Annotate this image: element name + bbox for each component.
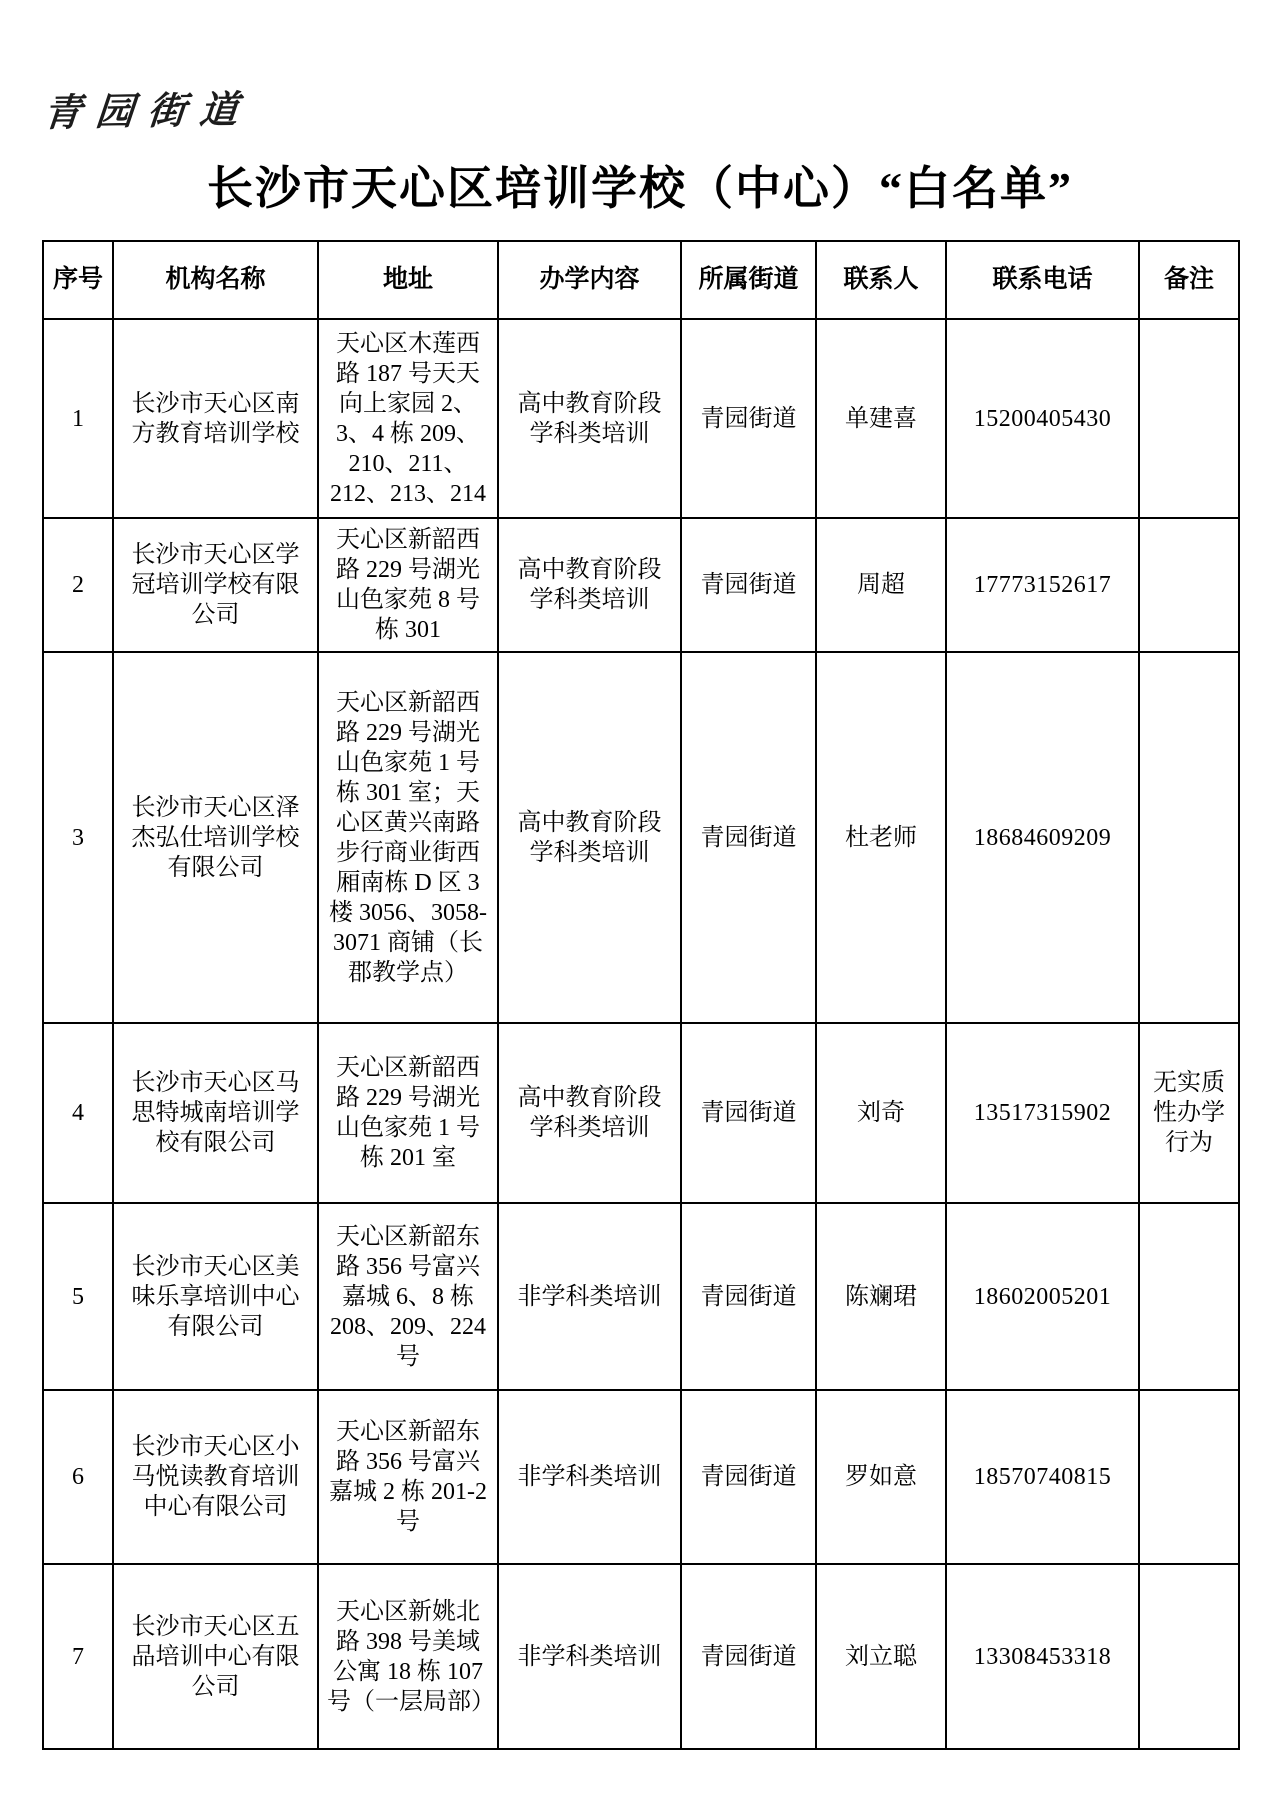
cell-street: 青园街道 xyxy=(681,1564,816,1749)
cell-phone: 18570740815 xyxy=(946,1390,1139,1564)
cell-name: 长沙市天心区马思特城南培训学校有限公司 xyxy=(113,1023,318,1203)
cell-remark: 无实质性办学行为 xyxy=(1139,1023,1239,1203)
cell-contact: 单建喜 xyxy=(816,319,946,518)
cell-name: 长沙市天心区泽杰弘仕培训学校有限公司 xyxy=(113,652,318,1023)
cell-remark xyxy=(1139,1390,1239,1564)
cell-phone: 13308453318 xyxy=(946,1564,1139,1749)
handwritten-street-stamp: 青园街道 xyxy=(41,78,254,137)
cell-contact: 刘奇 xyxy=(816,1023,946,1203)
cell-street: 青园街道 xyxy=(681,518,816,652)
table-row: 5 长沙市天心区美味乐享培训中心有限公司 天心区新韶东路 356 号富兴嘉城 6… xyxy=(43,1203,1239,1390)
cell-content: 高中教育阶段学科类培训 xyxy=(498,652,681,1023)
cell-address: 天心区木莲西路 187 号天天向上家园 2、3、4 栋 209、210、211、… xyxy=(318,319,498,518)
cell-name: 长沙市天心区五品培训中心有限公司 xyxy=(113,1564,318,1749)
page-title: 长沙市天心区培训学校（中心）“白名单” xyxy=(0,152,1280,218)
header-address: 地址 xyxy=(318,241,498,319)
cell-contact: 刘立聪 xyxy=(816,1564,946,1749)
cell-no: 4 xyxy=(43,1023,113,1203)
table-header-row: 序号 机构名称 地址 办学内容 所属街道 联系人 联系电话 备注 xyxy=(43,241,1239,319)
cell-phone: 18602005201 xyxy=(946,1203,1139,1390)
cell-contact: 杜老师 xyxy=(816,652,946,1023)
cell-phone: 17773152617 xyxy=(946,518,1139,652)
cell-address: 天心区新姚北路 398 号美域公寓 18 栋 107 号（一层局部） xyxy=(318,1564,498,1749)
cell-name: 长沙市天心区小马悦读教育培训中心有限公司 xyxy=(113,1390,318,1564)
cell-content: 非学科类培训 xyxy=(498,1203,681,1390)
table-row: 1 长沙市天心区南方教育培训学校 天心区木莲西路 187 号天天向上家园 2、3… xyxy=(43,319,1239,518)
table-row: 3 长沙市天心区泽杰弘仕培训学校有限公司 天心区新韶西路 229 号湖光山色家苑… xyxy=(43,652,1239,1023)
cell-phone: 18684609209 xyxy=(946,652,1139,1023)
cell-content: 高中教育阶段学科类培训 xyxy=(498,319,681,518)
table-row: 6 长沙市天心区小马悦读教育培训中心有限公司 天心区新韶东路 356 号富兴嘉城… xyxy=(43,1390,1239,1564)
cell-address: 天心区新韶西路 229 号湖光山色家苑 1 号栋 301 室；天心区黄兴南路步行… xyxy=(318,652,498,1023)
header-contact: 联系人 xyxy=(816,241,946,319)
cell-contact: 陈斓珺 xyxy=(816,1203,946,1390)
cell-name: 长沙市天心区美味乐享培训中心有限公司 xyxy=(113,1203,318,1390)
cell-street: 青园街道 xyxy=(681,652,816,1023)
cell-remark xyxy=(1139,652,1239,1023)
header-phone: 联系电话 xyxy=(946,241,1139,319)
header-remark: 备注 xyxy=(1139,241,1239,319)
cell-no: 3 xyxy=(43,652,113,1023)
cell-address: 天心区新韶西路 229 号湖光山色家苑 1 号栋 201 室 xyxy=(318,1023,498,1203)
whitelist-table: 序号 机构名称 地址 办学内容 所属街道 联系人 联系电话 备注 1 长沙市天心… xyxy=(42,240,1240,1750)
cell-no: 1 xyxy=(43,319,113,518)
cell-content: 非学科类培训 xyxy=(498,1564,681,1749)
cell-remark xyxy=(1139,518,1239,652)
cell-remark xyxy=(1139,1564,1239,1749)
cell-content: 高中教育阶段学科类培训 xyxy=(498,518,681,652)
cell-street: 青园街道 xyxy=(681,1203,816,1390)
cell-content: 非学科类培训 xyxy=(498,1390,681,1564)
cell-phone: 15200405430 xyxy=(946,319,1139,518)
cell-address: 天心区新韶东路 356 号富兴嘉城 2 栋 201-2 号 xyxy=(318,1390,498,1564)
cell-name: 长沙市天心区学冠培训学校有限公司 xyxy=(113,518,318,652)
header-content: 办学内容 xyxy=(498,241,681,319)
cell-name: 长沙市天心区南方教育培训学校 xyxy=(113,319,318,518)
cell-no: 2 xyxy=(43,518,113,652)
cell-contact: 周超 xyxy=(816,518,946,652)
header-street: 所属街道 xyxy=(681,241,816,319)
table-row: 4 长沙市天心区马思特城南培训学校有限公司 天心区新韶西路 229 号湖光山色家… xyxy=(43,1023,1239,1203)
header-name: 机构名称 xyxy=(113,241,318,319)
cell-street: 青园街道 xyxy=(681,1023,816,1203)
cell-remark xyxy=(1139,1203,1239,1390)
cell-content: 高中教育阶段学科类培训 xyxy=(498,1023,681,1203)
cell-no: 7 xyxy=(43,1564,113,1749)
cell-contact: 罗如意 xyxy=(816,1390,946,1564)
table-row: 2 长沙市天心区学冠培训学校有限公司 天心区新韶西路 229 号湖光山色家苑 8… xyxy=(43,518,1239,652)
table-row: 7 长沙市天心区五品培训中心有限公司 天心区新姚北路 398 号美域公寓 18 … xyxy=(43,1564,1239,1749)
cell-remark xyxy=(1139,319,1239,518)
cell-no: 6 xyxy=(43,1390,113,1564)
document-page: 青园街道 长沙市天心区培训学校（中心）“白名单” 序号 机构名称 地址 办学内容… xyxy=(0,0,1280,1810)
cell-phone: 13517315902 xyxy=(946,1023,1139,1203)
cell-street: 青园街道 xyxy=(681,319,816,518)
cell-address: 天心区新韶东路 356 号富兴嘉城 6、8 栋 208、209、224 号 xyxy=(318,1203,498,1390)
cell-no: 5 xyxy=(43,1203,113,1390)
cell-address: 天心区新韶西路 229 号湖光山色家苑 8 号栋 301 xyxy=(318,518,498,652)
cell-street: 青园街道 xyxy=(681,1390,816,1564)
header-no: 序号 xyxy=(43,241,113,319)
